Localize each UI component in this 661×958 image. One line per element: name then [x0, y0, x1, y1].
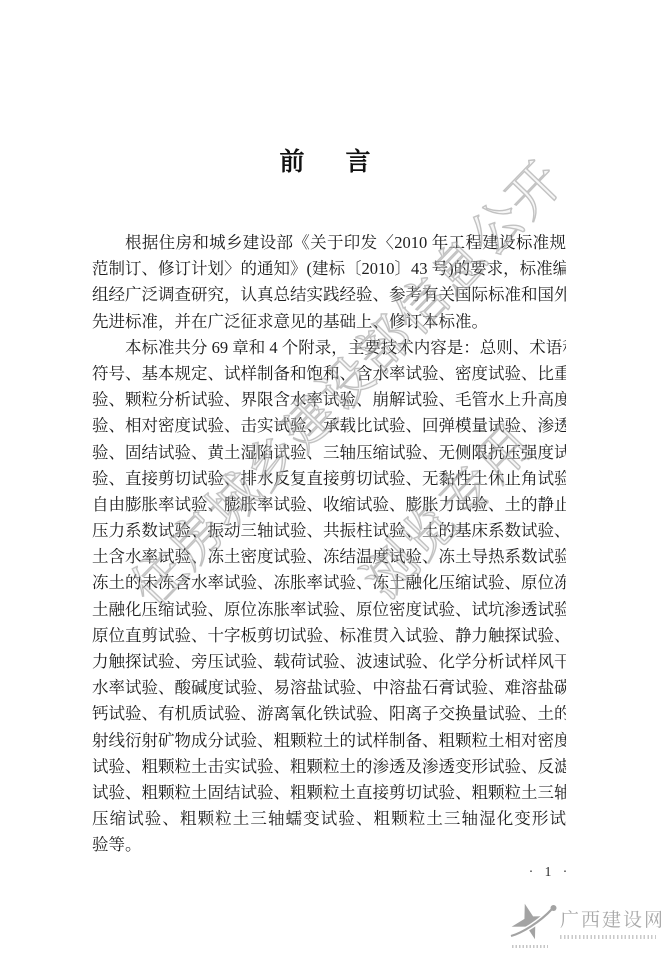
body-line: 原位直剪试验、十字板剪切试验、标准贯入试验、静力触探试验、动 [92, 623, 566, 649]
body-line: 验、固结试验、黄土湿陷试验、三轴压缩试验、无侧限抗压强度试 [92, 440, 566, 466]
body-line: 土融化压缩试验、原位冻胀率试验、原位密度试验、试坑渗透试验、 [92, 597, 566, 623]
paragraph: 本标准共分 69 章和 4 个附录，主要技术内容是：总则、术语和符号、基本规定、… [92, 335, 566, 859]
star-swoosh-icon [508, 900, 558, 948]
body-line: 水率试验、酸碱度试验、易溶盐试验、中溶盐石膏试验、难溶盐碳酸 [92, 675, 566, 701]
body-line: 力触探试验、旁压试验、载荷试验、波速试验、化学分析试样风干含 [92, 649, 566, 675]
page-number: · 1 · [505, 864, 595, 880]
body-line: 试验、粗颗粒土击实试验、粗颗粒土的渗透及渗透变形试验、反滤 [92, 754, 566, 780]
body-line: 验等。 [92, 832, 566, 858]
logo-name: 广西建设网 [560, 910, 661, 932]
body-line: 本标准共分 69 章和 4 个附录，主要技术内容是：总则、术语和 [92, 335, 566, 361]
body-line: 土含水率试验、冻土密度试验、冻结温度试验、冻土导热系数试验、 [92, 544, 566, 570]
body-line: 验、相对密度试验、击实试验、承载比试验、回弹模量试验、渗透试 [92, 413, 566, 439]
body-line: 压缩试验、粗颗粒土三轴蠕变试验、粗颗粒土三轴湿化变形试 [92, 806, 566, 832]
logo-micro-text [512, 945, 548, 948]
body-line: 射线衍射矿物成分试验、粗颗粒土的试样制备、粗颗粒土相对密度 [92, 728, 566, 754]
body-line: 自由膨胀率试验、膨胀率试验、收缩试验、膨胀力试验、土的静止测 [92, 492, 566, 518]
body-line: 冻土的未冻含水率试验、冻胀率试验、冻土融化压缩试验、原位冻 [92, 570, 566, 596]
body-text: 根据住房和城乡建设部《关于印发〈2010 年工程建设标准规范制订、修订计划〉的通… [92, 230, 566, 859]
body-line: 压力系数试验、振动三轴试验、共振柱试验、土的基床系数试验、冻 [92, 518, 566, 544]
logo-text-block: 广西建设网 [560, 900, 661, 939]
page-title: 前 言 [92, 146, 566, 178]
site-logo: 广西建设网 [508, 900, 661, 948]
logo-tagline [560, 935, 656, 939]
body-line: 验、颗粒分析试验、界限含水率试验、崩解试验、毛管水上升高度试 [92, 387, 566, 413]
paragraph: 根据住房和城乡建设部《关于印发〈2010 年工程建设标准规范制订、修订计划〉的通… [92, 230, 566, 335]
body-line: 根据住房和城乡建设部《关于印发〈2010 年工程建设标准规 [92, 230, 566, 256]
body-line: 先进标准，并在广泛征求意见的基础上、修订本标准。 [92, 309, 566, 335]
body-line: 符号、基本规定、试样制备和饱和、含水率试验、密度试验、比重试 [92, 361, 566, 387]
page-content: 前 言 根据住房和城乡建设部《关于印发〈2010 年工程建设标准规范制订、修订计… [92, 0, 566, 859]
body-line: 试验、粗颗粒土固结试验、粗颗粒土直接剪切试验、粗颗粒土三轴 [92, 780, 566, 806]
body-line: 验、直接剪切试验、排水反复直接剪切试验、无黏性土休止角试验、 [92, 466, 566, 492]
body-line: 钙试验、有机质试验、游离氧化铁试验、阳离子交换量试验、土的 X [92, 701, 566, 727]
document-page: 住房城乡建设部信息公开 浏览专用 前 言 根据住房和城乡建设部《关于印发〈201… [0, 0, 661, 958]
body-line: 范制订、修订计划〉的通知》(建标〔2010〕43 号)的要求，标准编制 [92, 256, 566, 282]
body-line: 组经广泛调查研究，认真总结实践经验、参考有关国际标准和国外 [92, 282, 566, 308]
